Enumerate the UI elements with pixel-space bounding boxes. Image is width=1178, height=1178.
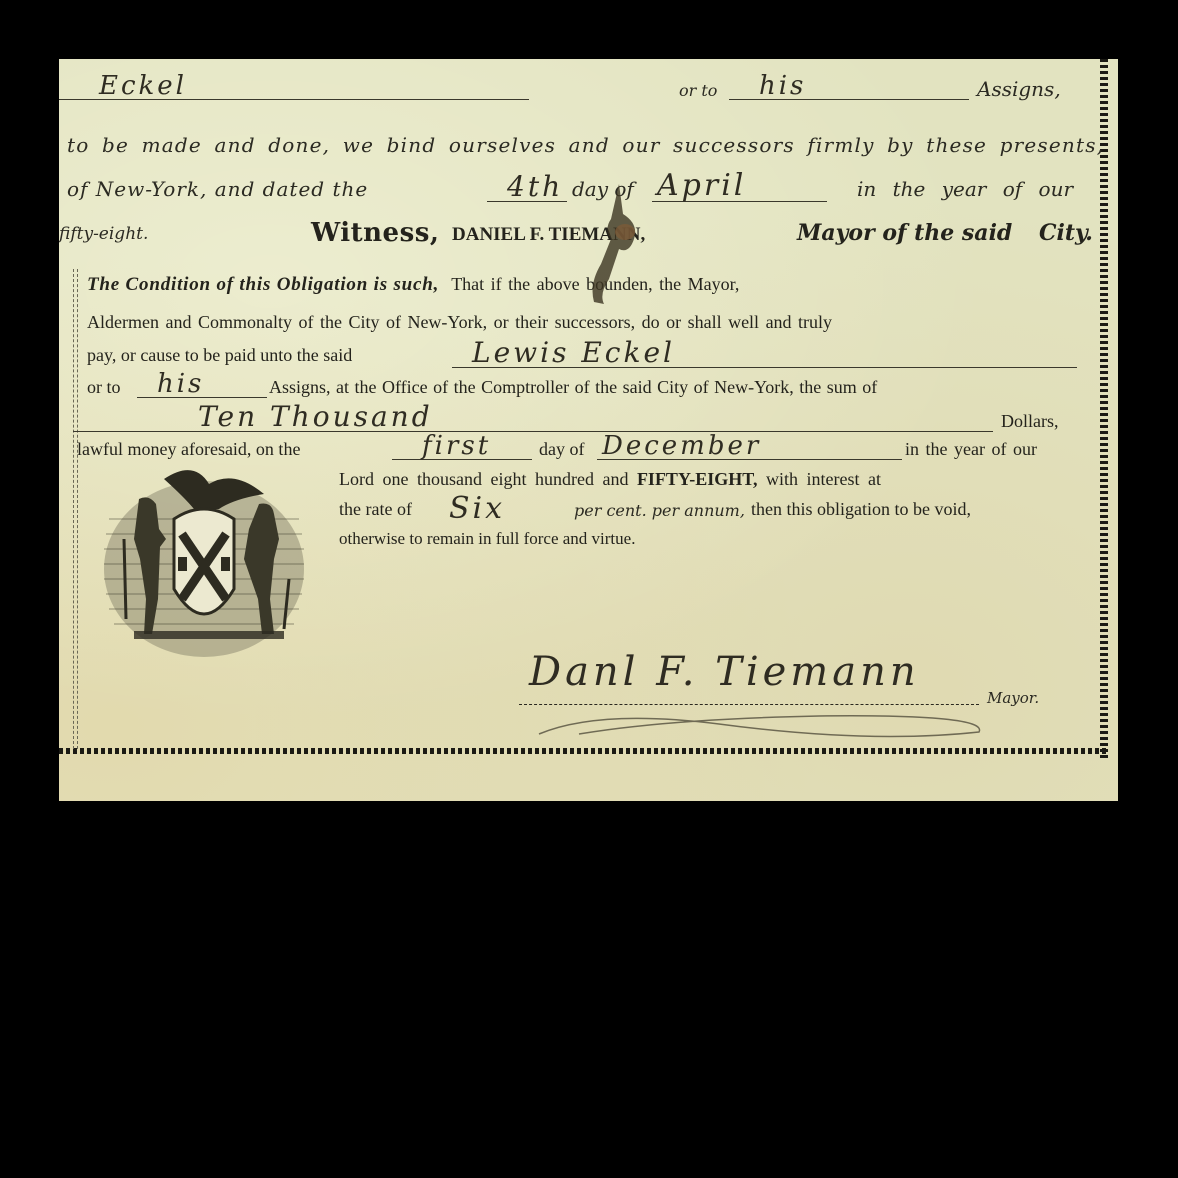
assigns-label: Assigns, <box>977 77 1061 101</box>
handwritten-amount: Ten Thousand <box>198 400 433 433</box>
mayor-title: Mayor of the said <box>797 220 1012 246</box>
right-decorative-border <box>1100 59 1108 759</box>
condition-line-3: pay, or cause to be paid unto the said L… <box>87 341 1077 371</box>
his-blank: his <box>137 373 267 398</box>
handwritten-month: April <box>657 168 746 203</box>
city-seal-icon <box>94 459 314 659</box>
witness-line: fifty-eight. Witness, DANIEL F. TIEMANN,… <box>59 214 1099 254</box>
comptroller-text: Assigns, at the Office of the Comptrolle… <box>269 377 877 398</box>
or-to-label-2: or to <box>87 377 121 398</box>
rate-of-label: the rate of <box>339 499 412 520</box>
witness-label: Witness, <box>311 218 439 248</box>
mayor-signature: Danl F. Tiemann <box>529 649 920 695</box>
day-of-label-2: day of <box>539 439 584 460</box>
fifty-eight-bold: FIFTY-EIGHT, <box>637 469 758 489</box>
amount-blank: Ten Thousand <box>73 401 993 432</box>
payment-month-blank: December <box>597 431 902 460</box>
year-of-our-label: in the year of our <box>857 177 1073 201</box>
signature-flourish <box>519 704 1019 749</box>
condition-line-7: Lord one thousand eight hundred and FIFT… <box>339 469 881 490</box>
handwritten-his-2: his <box>157 369 204 399</box>
line-1: Eckel or to his Assigns, <box>59 69 1099 103</box>
month-blank: April <box>652 169 827 202</box>
payee-blank-top: Eckel <box>59 69 529 100</box>
condition-heading: The Condition of this Obligation is such… <box>87 274 439 295</box>
condition-line-2: Aldermen and Commonalty of the City of N… <box>87 312 832 333</box>
handwritten-rate: Six <box>449 491 505 526</box>
or-to-label: or to <box>679 81 717 100</box>
paid-unto-label: pay, or cause to be paid unto the said <box>87 345 352 366</box>
dated-label: of New-York, and dated the <box>67 177 368 201</box>
condition-line-8: the rate of Six per cent. per annum, the… <box>339 493 1099 525</box>
ink-stain <box>589 184 649 304</box>
handwritten-december: December <box>602 431 761 461</box>
lord-text: Lord one thousand eight hundred and <box>339 469 628 489</box>
interest-text: with interest at <box>766 469 881 489</box>
line-2: to be made and done, we bind ourselves a… <box>67 133 1104 157</box>
void-text: then this obligation to be void, <box>751 499 971 520</box>
condition-line-4: or to his Assigns, at the Office of the … <box>87 373 1077 403</box>
city-label: City. <box>1039 220 1093 246</box>
assigns-blank-top: his <box>729 69 969 100</box>
payee-blank: Lewis Eckel <box>452 341 1077 368</box>
line-3: of New-York, and dated the 4th day of Ap… <box>67 169 1097 203</box>
fifty-eight-label: fifty-eight. <box>59 224 148 244</box>
lawful-money-label: lawful money aforesaid, on the <box>77 439 300 460</box>
payment-day-blank: first <box>392 431 532 460</box>
condition-line-9: otherwise to remain in full force and vi… <box>339 529 635 549</box>
day-blank: 4th <box>487 169 567 202</box>
year-of-our-label-2: in the year of our <box>905 439 1037 460</box>
document-page: Eckel or to his Assigns, to be made and … <box>59 59 1118 801</box>
handwritten-payee-name: Lewis Eckel <box>472 336 675 369</box>
handwritten-his: his <box>759 71 806 101</box>
left-rule <box>73 269 78 749</box>
handwritten-first: first <box>422 431 491 461</box>
dollars-label: Dollars, <box>1001 411 1059 432</box>
per-cent-label: per cent. per annum, <box>574 501 745 520</box>
handwritten-day: 4th <box>507 170 563 203</box>
condition-line-5: Ten Thousand Dollars, <box>73 401 1083 435</box>
handwritten-payee: Eckel <box>99 71 187 101</box>
